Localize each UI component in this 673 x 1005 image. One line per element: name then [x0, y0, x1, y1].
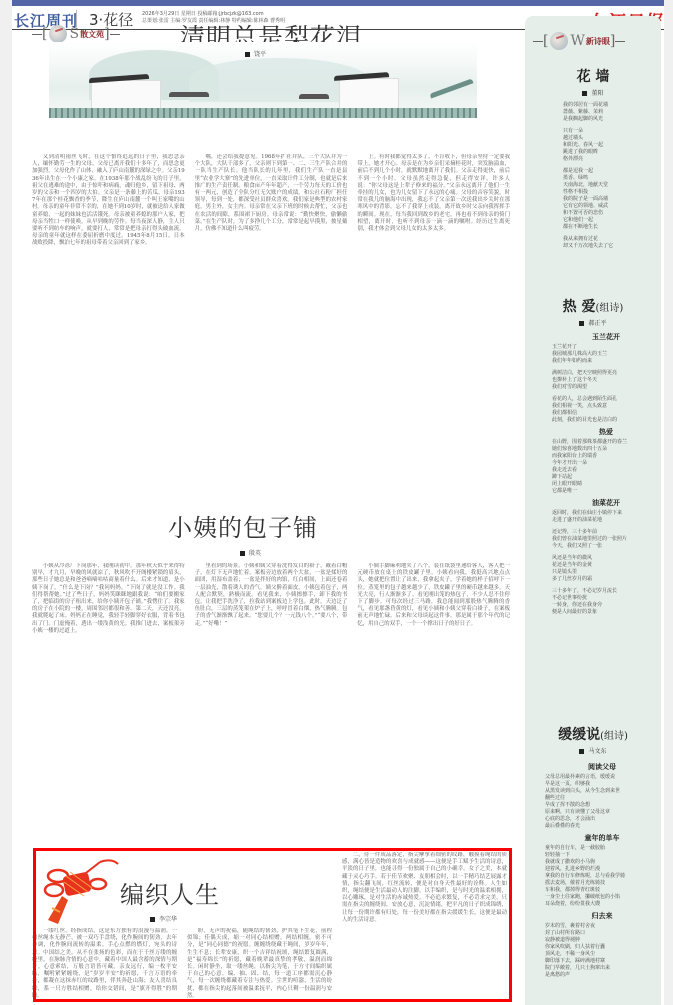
poem-subtitle: 归去来 [545, 913, 659, 920]
poem-line: 脚印落下去，踩碎满地村寨 [545, 958, 659, 965]
poem-line: 拿我的自行车修炼呢，总与看我学骑 [545, 873, 659, 880]
poem-line: 我们都相信 [552, 410, 660, 417]
text-column: 小姨手脚麻利地夹了八个，装在纸袋里递给客人，客人把一元硬币放在桌上的铁皮罐子里。… [357, 563, 510, 843]
poem-line: 迎着风，扎进乡野的烂漫 [545, 866, 659, 873]
poem-subtitle: 热爱 [552, 429, 660, 436]
poem-line: 耳朵烧着，纷纷贯我大嫂 [545, 901, 659, 908]
newspaper-page: 长江周刊 3·花径 2026年3月29日 星期日 投稿邮箱:jjrbcjzk@1… [12, 0, 664, 1005]
poem-subtitle: 玉兰花开 [552, 334, 660, 341]
poem-line: 她们惊喜地数出四十五朵 [552, 446, 660, 453]
poem-subtitle: 阅读父母 [545, 764, 659, 771]
poem-line: 蔷薇、紫藤、茉莉 [563, 109, 659, 116]
poem-line: 还记得，三十多年前 [552, 529, 660, 536]
poem-stanza: 看花的人，总会遇到陌生面孔我们相视一笑，点头致意我们都相信此刻，我们的目光也是洁… [552, 396, 660, 424]
poem-line: 玉兰花开了 [552, 344, 660, 351]
poem-line: 我的邻居有一面花墙 [563, 102, 659, 109]
poem-line: 原来啊，只有读懂了父母这章 [545, 809, 659, 816]
poem-line: 岁末的雪，裹着村舍夜 [545, 923, 659, 930]
poem-stanza: 玉兰花开了我园城那几株高大的玉兰我们年年如约而来 [552, 344, 660, 365]
poem-line: 是离愁的声 [545, 972, 659, 979]
poem-title: 花 墙 [525, 66, 661, 86]
text-column: 一缕红丝，经指成结，这是东方独有的浪漫与温润。一根丝绳本无静芒，被一双巧手盘绕，… [32, 928, 177, 1002]
column-name: 新诗眼 [586, 36, 610, 47]
text-column: 盼，无声的祝福，随绳结的韧劲，护其笔下生花，前程似锦；佳偶天成，缩一对同心结相赠… [187, 928, 332, 1002]
poem-stanza: 只有一朵越过墙头和阳光、春风一起跳进了我的眼眸格外漂亮 [563, 128, 659, 163]
poem-line: 只有一朵 [563, 128, 659, 135]
poem-line: 跳进了我的眼眸 [563, 149, 659, 156]
poem-line: 封了山村所有路口 [545, 930, 659, 937]
poem-line: 便是人间最好的景象 [552, 609, 660, 616]
poem-line: 一转身，你还在我身旁 [552, 602, 660, 609]
article-title: 小姨的包子铺 [168, 508, 318, 543]
poem-stanza: 父母总用最朴素的言语，缓缓说早是这一页，织够我从黑发读到白头，从今生念到来世翻些… [545, 774, 659, 830]
emblem-icon [49, 25, 67, 43]
poem-line: 是我搁起脚的风光 [563, 116, 659, 123]
poem-line: 它都是唯一 [552, 488, 660, 495]
poem-line: 也撩补上了这个冬天 [552, 377, 660, 384]
poem-line: 满树洁白，把天空映照得更亮 [552, 370, 660, 377]
poem-line: 我的院子是一面高墙 [563, 196, 659, 203]
poem-line: 闭上眼开眼睛 [552, 481, 660, 488]
poem-line: 返回时，我们在仙庄小镇停下来 [552, 510, 660, 517]
poem-line: 格外漂亮 [563, 156, 659, 163]
poem-line: 花还是当年的金黄 [552, 562, 660, 569]
poem-line: 而我家阳台上的瑞香 [552, 453, 660, 460]
poem-line: 我们相视一笑，点头致意 [552, 403, 660, 410]
text-column: 里看到的场景。小姨和姨父穿着洗得发白的褂子，戴着白帽子，在灯下无声地忙着。案板旁… [195, 563, 348, 843]
poem-line: 三十多年了，不必记岁月流长 [552, 588, 660, 595]
column-name: 散文苑 [80, 29, 104, 40]
poem-line: 不必记世事纷扰 [552, 595, 660, 602]
poem-line: 和阳光、春风一起 [563, 142, 659, 149]
poem-line: 它和他们一起 [563, 217, 659, 224]
poem-line: 它有它的领地、威武 [563, 203, 659, 210]
poem-line: 在山野，围着那株茶都盛开的春兰 [552, 439, 660, 446]
emblem-icon [550, 32, 568, 50]
poem-line: 我就成了撒欢的小马驹 [545, 859, 659, 866]
poem-stanza: 满树洁白，把天空映照得更亮也撩补上了这个冬天我们对雪的渴望 [552, 370, 660, 391]
poem-byline: 马文东 [525, 746, 661, 755]
text-column: 二，待一件成品落定，指尖摩挲着细密的纹路，触摸着绳结的质感，满心皆是造物的欢喜与… [342, 852, 507, 1002]
poem-byline: 郝正平 [525, 318, 661, 327]
column-badge-sanwen: [ S 散文苑 ] [32, 25, 120, 43]
article-body: 又到清明雨丝飞时，在这个慎终追远的日子里，我思念亲人，缅怀勤劳一生的父母。父母已… [32, 154, 510, 499]
poem-line: 摇去麦场，催着月光练骑技 [545, 880, 659, 887]
poem-line: 却又千万次地失去了它 [563, 243, 659, 250]
poem-line: 看花的人，总会遇到陌生面孔 [552, 396, 660, 403]
article-byline: 殷英 [240, 548, 261, 557]
poem-line: 只是镜头里 [552, 569, 660, 576]
poem-stanza: 三十多年了，不必记岁月流长不必记世事纷扰一转身，你还在我身旁便是人间最好的景象 [552, 588, 660, 616]
poem-line: 我们年年如约而来 [552, 358, 660, 365]
text-column: 上。有时我都觉得太多了，不肯收下，但母亲坚持一定要我带上，她才开心。母亲是在为乡… [357, 154, 510, 499]
poem-line: 轻轻抽一下 [545, 852, 659, 859]
text-column: 嘴，还会给我提意见。1968年扩社并队，三个大队并为一个大队，大队干部多了，父亲… [195, 154, 348, 499]
poem-stanza: 还记得，三十多年前我们曾在油菜地里照过的一张照片今天，我们又照了一张 [552, 529, 660, 550]
poem-line: 天南海北，地献天堂 [563, 182, 659, 189]
poem-line: 今天，我们又照了一张 [552, 543, 660, 550]
poem-line: 性格不相投 [563, 189, 659, 196]
poem-stanza: 风还是当年的微风花还是当年的金黄只是镜头里多了几丝岁月的霜 [552, 555, 660, 583]
article-byline: 饶平 [245, 49, 266, 58]
article-body: 小姨从冷冻厂下岗那年，我刚读初中。那年秋天似乎来得特别早，才九月，早晚的风就凉了… [32, 563, 510, 843]
poem-line: 都是逗我一起 [563, 168, 659, 175]
poem-line: 最后叠叠的春光 [545, 823, 659, 830]
column-badge-xinshiyan: [ W 新诗眼 ] [533, 32, 625, 50]
poem-line: 此刻，我们的目光也是洁白的 [552, 417, 660, 424]
poem-stanza: 我的邻居有一面花墙蔷薇、紫藤、茉莉是我搁起脚的风光 [563, 102, 659, 123]
date-line: 2026年3月29日 星期日 投稿邮箱:jjrbcjzk@163.com [142, 11, 285, 18]
poem-stanza: 我从来拥有过花却又千万次地失去了它 [563, 236, 659, 250]
poem-subtitle: 油菜花开 [552, 500, 660, 507]
poem-line: 一身尘土往家跑，攥破纸包的小馅 [545, 894, 659, 901]
poem-line: 都在不断地生长 [563, 224, 659, 231]
poem-line: 翻些过往 [545, 795, 659, 802]
poem-line: 今年才开出一朵 [552, 460, 660, 467]
poem-line: 车和我，都掉得青红斑驳 [545, 887, 659, 894]
poem-line: 多了几丝岁月的霜 [552, 576, 660, 583]
poem-stanza: 岁末的雪，裹着村舍夜封了山村所有路口寂静被道得褪肿你家风吹刷，归人扶着行囊顶风走… [545, 923, 659, 979]
article-body: 一缕红丝，经指成结，这是东方独有的浪漫与温润。一根丝绳本无静芒，被一双巧手盘绕，… [32, 928, 332, 1002]
poem-line: 越过墙头 [563, 135, 659, 142]
article-body: 二，待一件成品落定，指尖摩挲着细密的纹路，触摸着绳结的质感，满心皆是造物的欢喜与… [342, 852, 507, 1002]
poem-line: 你家风吹刷，归人扶着行囊 [545, 944, 659, 951]
poem-byline: 董阳 [525, 88, 661, 97]
article-byline: 李宗华 [150, 914, 177, 923]
poetry-sidebar: [ W 新诗眼 ] 花 墙 董阳 我的邻居有一面花墙蔷薇、紫藤、茉莉是我搁起脚的… [525, 16, 661, 1005]
chinese-knot-icon [40, 858, 120, 928]
poem-line: 从黑发读到白头，从今生念到来世 [545, 788, 659, 795]
poem-line: 和不置可否的悲伤 [563, 210, 659, 217]
poem-stanza: 童年的自行车，是一截胶胎轻轻抽一下我就成了撒欢的小马驹迎着风，扎进乡野的烂漫拿我… [545, 845, 659, 908]
poem-line: 我园城那几株高大的玉兰 [552, 351, 660, 358]
poem-line: 我们对雪的渴望 [552, 384, 660, 391]
poem-body: 玉兰花开玉兰花开了我园城那几株高大的玉兰我们年年如约而来满树洁白，把天空映照得更… [552, 330, 660, 621]
poem-line: 院门早敞着，几只土狗窜出来 [545, 965, 659, 972]
poem-line: 我从来拥有过花 [563, 236, 659, 243]
poem-title: 缓缓说(组诗) [525, 724, 661, 744]
poem-line: 顶风走，不稀一身风尘 [545, 951, 659, 958]
article-title: 编织人生 [120, 875, 220, 910]
poem-line: 寂静被道得褪肿 [545, 937, 659, 944]
text-column: 又到清明雨丝飞时，在这个慎终追远的日子里，我思念亲人，缅怀勤劳一生的父母。父母已… [32, 154, 185, 499]
poem-line: 心底的思念，才会涌出 [545, 816, 659, 823]
poem-subtitle: 童年的单车 [545, 835, 659, 842]
poem-stanza: 返回时，我们在仙庄小镇停下来走进了盛开的油菜花地 [552, 510, 660, 524]
poem-stanza: 都是逗我一起墨香、绿鸣天南海北，地献天堂性格不相投我的院子是一面高墙它有它的领地… [563, 168, 659, 231]
poem-line: 风还是当年的微风 [552, 555, 660, 562]
poem-line: 早是这一页，织够我 [545, 781, 659, 788]
poem-body: 阅读父母父母总用最朴素的言语，缓缓说早是这一页，织够我从黑发读到白头，从今生念到… [545, 760, 659, 984]
poem-line: 父母总用最朴素的言语，缓缓说 [545, 774, 659, 781]
poem-stanza: 在山野，围着那株茶都盛开的春兰她们惊喜地数出四十五朵而我家阳台上的瑞香今年才开出… [552, 439, 660, 495]
poem-line: 我走近去看 [552, 467, 660, 474]
poem-line: 走进了盛开的油菜花地 [552, 517, 660, 524]
poem-line: 墨香、绿鸣 [563, 175, 659, 182]
poem-line: 我们曾在油菜地里照过的一张照片 [552, 536, 660, 543]
poem-line: 童年的自行车，是一截胶胎 [545, 845, 659, 852]
text-column: 小姨从冷冻厂下岗那年，我刚读初中。那年秋天似乎来得特别早，才九月，早晚的风就凉了… [32, 563, 185, 843]
poem-body: 我的邻居有一面花墙蔷薇、紫藤、茉莉是我搁起脚的风光只有一朵越过墙头和阳光、春风一… [563, 102, 659, 255]
poem-title: 热 爱(组诗) [525, 296, 661, 316]
poem-line: 蹲下站起 [552, 474, 660, 481]
poem-line: 早成了挥不散的念想 [545, 802, 659, 809]
